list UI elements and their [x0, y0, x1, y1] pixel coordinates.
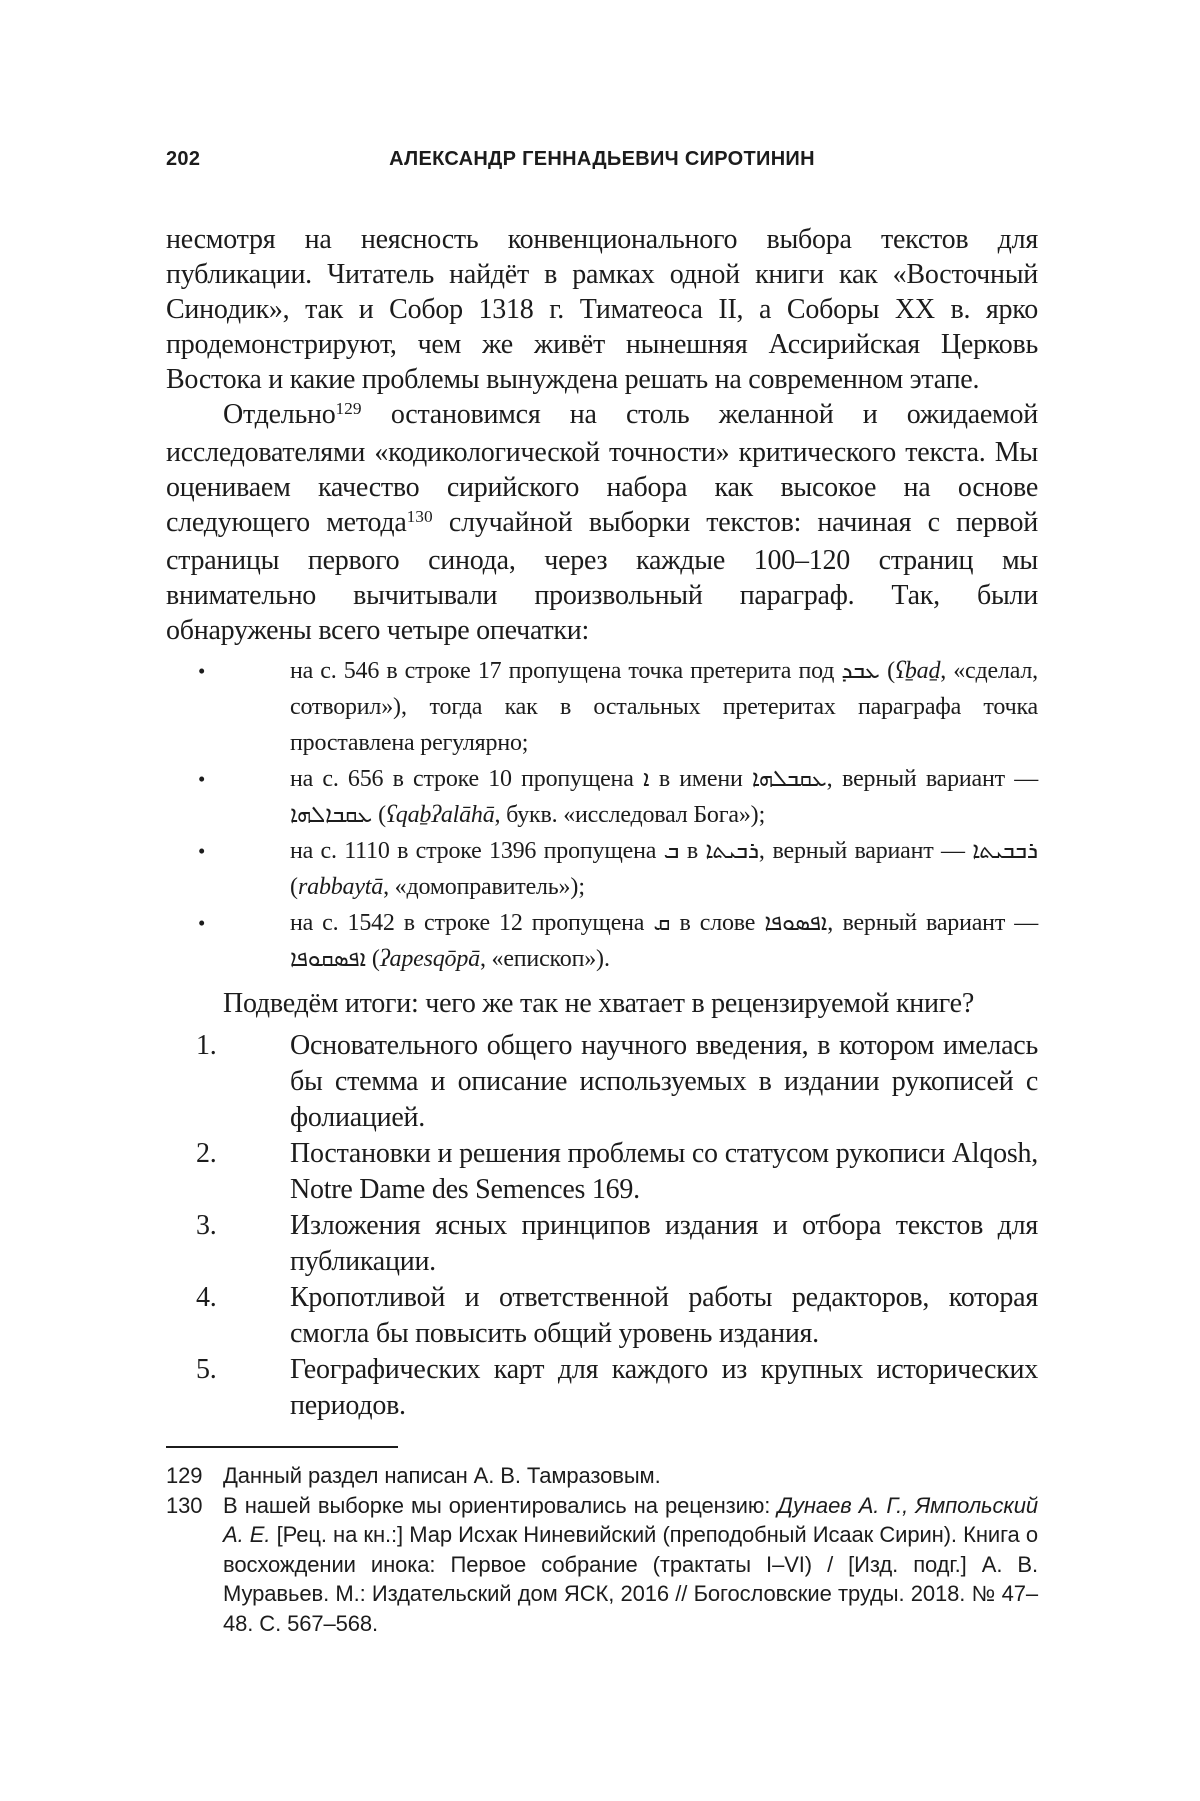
conclusion-text: Постановки и решения проблемы со статусо…: [290, 1136, 1038, 1208]
bullet-marker: •: [166, 653, 290, 761]
bullet-text: на с. 656 в строке 10 пропущена ܐ в имен…: [290, 761, 1038, 833]
page-body: несмотря на неясность конвенционального …: [166, 222, 1038, 1424]
conclusion-number: 5.: [166, 1352, 290, 1424]
bullet-text: на с. 546 в строке 17 пропущена точка пр…: [290, 653, 1038, 761]
conclusion-number: 1.: [166, 1028, 290, 1136]
bullet-marker: •: [166, 905, 290, 977]
bullet-text: на с. 1542 в строке 12 пропущена ܩ в сло…: [290, 905, 1038, 977]
footnote-number: 130: [166, 1491, 223, 1639]
footnote: 130 В нашей выборке мы ориентировались н…: [166, 1491, 1038, 1639]
bullet-item: • на с. 656 в строке 10 пропущена ܐ в им…: [166, 761, 1038, 833]
conclusion-text: Географических карт для каждого из крупн…: [290, 1352, 1038, 1424]
typo-bullet-list: • на с. 546 в строке 17 пропущена точка …: [166, 653, 1038, 977]
conclusion-item: 1. Основательного общего научного введен…: [166, 1028, 1038, 1136]
conclusion-item: 3. Изложения ясных принципов издания и о…: [166, 1208, 1038, 1280]
bullet-item: • на с. 1110 в строке 1396 пропущена ܒ в…: [166, 833, 1038, 905]
bullet-item: • на с. 1542 в строке 12 пропущена ܩ в с…: [166, 905, 1038, 977]
footnote: 129 Данный раздел написан А. В. Тамразов…: [166, 1461, 1038, 1491]
conclusion-item: 4. Кропотливой и ответственной работы ре…: [166, 1280, 1038, 1352]
paragraph-method: Отдельно129 остановимся на столь желанно…: [166, 397, 1038, 648]
footnotes-section: 129 Данный раздел написан А. В. Тамразов…: [166, 1446, 1038, 1638]
footnote-divider: [166, 1446, 398, 1448]
bullet-item: • на с. 546 в строке 17 пропущена точка …: [166, 653, 1038, 761]
conclusion-item: 5. Географических карт для каждого из кр…: [166, 1352, 1038, 1424]
paragraph-intro: несмотря на неясность конвенционального …: [166, 222, 1038, 397]
footnote-number: 129: [166, 1461, 223, 1491]
footnote-text: В нашей выборке мы ориентировались на ре…: [223, 1491, 1038, 1639]
bullet-text: на с. 1110 в строке 1396 пропущена ܒ в ܪ…: [290, 833, 1038, 905]
conclusion-number: 4.: [166, 1280, 290, 1352]
footnote-text: Данный раздел написан А. В. Тамразовым.: [223, 1461, 1038, 1491]
bullet-marker: •: [166, 761, 290, 833]
bullet-marker: •: [166, 833, 290, 905]
summary-question: Подведём итоги: чего же так не хватает в…: [166, 986, 1038, 1021]
conclusions-list: 1. Основательного общего научного введен…: [166, 1028, 1038, 1424]
conclusion-text: Изложения ясных принципов издания и отбо…: [290, 1208, 1038, 1280]
conclusion-text: Кропотливой и ответственной работы редак…: [290, 1280, 1038, 1352]
conclusion-text: Основательного общего научного введения,…: [290, 1028, 1038, 1136]
conclusion-number: 3.: [166, 1208, 290, 1280]
conclusion-number: 2.: [166, 1136, 290, 1208]
running-head: АЛЕКСАНДР ГЕННАДЬЕВИЧ СИРОТИНИН: [166, 148, 1038, 171]
page-header: 202 АЛЕКСАНДР ГЕННАДЬЕВИЧ СИРОТИНИН: [166, 148, 1038, 174]
scanned-book-page: 202 АЛЕКСАНДР ГЕННАДЬЕВИЧ СИРОТИНИН несм…: [0, 0, 1200, 1801]
conclusion-item: 2. Постановки и решения проблемы со стат…: [166, 1136, 1038, 1208]
